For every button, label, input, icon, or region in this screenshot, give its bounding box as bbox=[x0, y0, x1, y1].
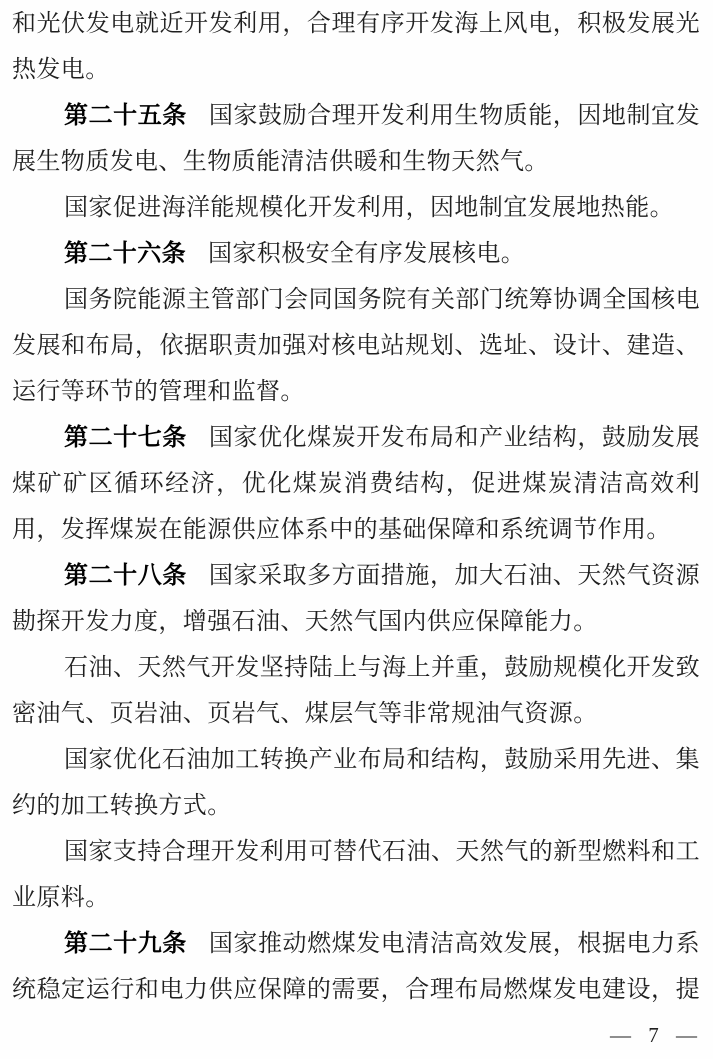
text-line: 第二十九条国家推动燃煤发电清洁高效发展，根据电力系 bbox=[12, 921, 700, 967]
text-line: 国家促进海洋能规模化开发利用，因地制宜发展地热能。 bbox=[12, 185, 700, 231]
text-line: 业原料。 bbox=[12, 875, 700, 921]
text-line: 展生物质发电、生物质能清洁供暖和生物天然气。 bbox=[12, 139, 700, 185]
text-line: 和光伏发电就近开发利用，合理有序开发海上风电，积极发展光 bbox=[12, 1, 700, 47]
text-line: 国家优化石油加工转换产业布局和结构，鼓励采用先进、集 bbox=[12, 737, 700, 783]
text-line: 发展和布局，依据职责加强对核电站规划、选址、设计、建造、 bbox=[12, 323, 700, 369]
document-page: 和光伏发电就近开发利用，合理有序开发海上风电，积极发展光热发电。第二十五条国家鼓… bbox=[0, 0, 713, 1059]
article-number: 第二十五条 bbox=[64, 102, 187, 129]
text-line: 石油、天然气开发坚持陆上与海上并重，鼓励规模化开发致 bbox=[12, 645, 700, 691]
text-line: 第二十七条国家优化煤炭开发布局和产业结构，鼓励发展 bbox=[12, 415, 700, 461]
text-line: 统稳定运行和电力供应保障的需要，合理布局燃煤发电建设，提 bbox=[12, 967, 700, 1013]
text-line: 约的加工转换方式。 bbox=[12, 783, 700, 829]
article-number: 第二十九条 bbox=[64, 930, 187, 957]
text-line: 国家支持合理开发利用可替代石油、天然气的新型燃料和工 bbox=[12, 829, 700, 875]
text-line: 用，发挥煤炭在能源供应体系中的基础保障和系统调节作用。 bbox=[12, 507, 700, 553]
text-line: 第二十八条国家采取多方面措施，加大石油、天然气资源 bbox=[12, 553, 700, 599]
text-line: 密油气、页岩油、页岩气、煤层气等非常规油气资源。 bbox=[12, 691, 700, 737]
text-line: 第二十六条国家积极安全有序发展核电。 bbox=[12, 231, 700, 277]
document-body: 和光伏发电就近开发利用，合理有序开发海上风电，积极发展光热发电。第二十五条国家鼓… bbox=[12, 1, 700, 1013]
article-number: 第二十六条 bbox=[64, 240, 186, 267]
text-line: 国务院能源主管部门会同国务院有关部门统筹协调全国核电 bbox=[12, 277, 700, 323]
page-number: — 7 — bbox=[610, 1022, 703, 1048]
article-number: 第二十八条 bbox=[64, 562, 187, 589]
text-line: 运行等环节的管理和监督。 bbox=[12, 369, 700, 415]
text-line: 热发电。 bbox=[12, 47, 700, 93]
article-number: 第二十七条 bbox=[64, 424, 187, 451]
text-line: 勘探开发力度，增强石油、天然气国内供应保障能力。 bbox=[12, 599, 700, 645]
text-line: 煤矿矿区循环经济，优化煤炭消费结构，促进煤炭清洁高效利 bbox=[12, 461, 700, 507]
text-line: 第二十五条国家鼓励合理开发利用生物质能，因地制宜发 bbox=[12, 93, 700, 139]
